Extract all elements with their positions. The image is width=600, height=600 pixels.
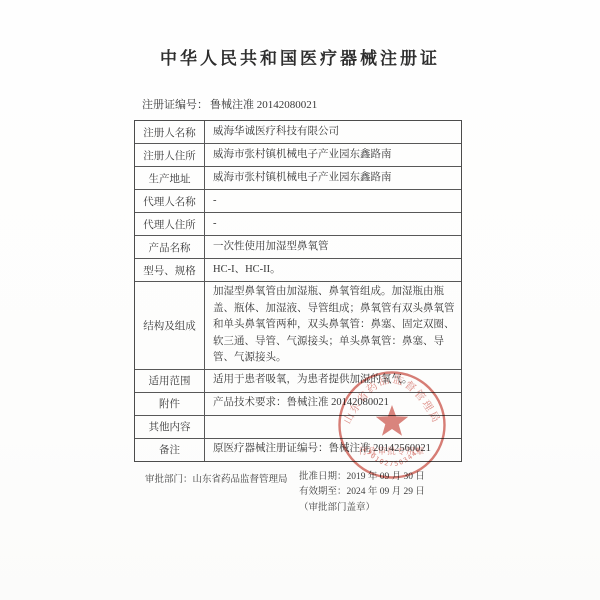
row-value: 威海华诚医疗科技有限公司 — [205, 121, 461, 143]
table-row-agent-address: 代理人住所 - — [135, 212, 461, 235]
row-label: 代理人名称 — [135, 190, 205, 212]
row-label: 产品名称 — [135, 236, 205, 258]
row-value: HC-I、HC-II。 — [205, 259, 461, 281]
table-row-registrant-address: 注册人住所 威海市张村镇机械电子产业园东鑫路南 — [135, 143, 461, 166]
table-row-structure-composition: 结构及组成 加湿型鼻氧管由加湿瓶、鼻氧管组成。加湿瓶由瓶盖、瓶体、加湿液、导管组… — [135, 281, 461, 369]
row-value: 威海市张村镇机械电子产业园东鑫路南 — [205, 144, 461, 166]
registration-number-label: 注册证编号： — [142, 99, 208, 111]
row-label: 适用范围 — [135, 370, 205, 392]
valid-until-date: 有效期至：2024 年 09 月 29 日 — [299, 485, 425, 501]
certificate-document: 中华人民共和国医疗器械注册证 注册证编号：鲁械注准 20142080021 注册… — [0, 0, 600, 600]
approval-date: 批准日期：2019 年 09 月 30 日 — [299, 470, 425, 486]
row-value: 加湿型鼻氧管由加湿瓶、鼻氧管组成。加湿瓶由瓶盖、瓶体、加湿液、导管组成；鼻氧管有… — [205, 282, 461, 369]
registration-number-line: 注册证编号：鲁械注准 20142080021 — [142, 96, 600, 112]
row-label: 生产地址 — [135, 167, 205, 189]
table-row-production-address: 生产地址 威海市张村镇机械电子产业园东鑫路南 — [135, 166, 461, 189]
row-label: 注册人名称 — [135, 121, 205, 143]
certificate-table: 注册人名称 威海华诚医疗科技有限公司 注册人住所 威海市张村镇机械电子产业园东鑫… — [134, 120, 462, 462]
row-value: - — [205, 190, 461, 212]
row-label: 备注 — [135, 439, 205, 461]
approval-department: 审批部门：山东省药品监督管理局 — [145, 471, 288, 485]
row-value: - — [205, 213, 461, 235]
certificate-title: 中华人民共和国医疗器械注册证 — [0, 0, 600, 69]
row-value: 适用于患者吸氧，为患者提供加湿的氧气。 — [205, 370, 461, 392]
row-label: 结构及组成 — [135, 282, 205, 369]
table-row-product-name: 产品名称 一次性使用加湿型鼻氧管 — [135, 235, 461, 258]
row-label: 代理人住所 — [135, 213, 205, 235]
row-label: 其他内容 — [135, 416, 205, 438]
date-block: 批准日期：2019 年 09 月 30 日 有效期至：2024 年 09 月 2… — [299, 470, 425, 517]
table-row-agent-name: 代理人名称 - — [135, 189, 461, 212]
certificate-footer: 审批部门：山东省药品监督管理局 批准日期：2019 年 09 月 30 日 有效… — [0, 462, 600, 582]
row-label: 型号、规格 — [135, 259, 205, 281]
row-value: 威海市张村镇机械电子产业园东鑫路南 — [205, 167, 461, 189]
table-row-registrant-name: 注册人名称 威海华诚医疗科技有限公司 — [135, 121, 461, 143]
seal-note: （审批部门盖章） — [299, 501, 425, 517]
row-value: 产品技术要求：鲁械注准 20142080021 — [205, 393, 461, 415]
row-value — [205, 416, 461, 438]
registration-number-value: 鲁械注准 20142080021 — [210, 99, 317, 111]
table-row-attachment: 附件 产品技术要求：鲁械注准 20142080021 — [135, 392, 461, 415]
row-value: 一次性使用加湿型鼻氧管 — [205, 236, 461, 258]
table-row-other-content: 其他内容 — [135, 415, 461, 438]
table-row-scope-of-application: 适用范围 适用于患者吸氧，为患者提供加湿的氧气。 — [135, 369, 461, 392]
row-value: 原医疗器械注册证编号：鲁械注准 20142560021 — [205, 439, 461, 461]
table-row-model-spec: 型号、规格 HC-I、HC-II。 — [135, 258, 461, 281]
row-label: 注册人住所 — [135, 144, 205, 166]
table-row-remarks: 备注 原医疗器械注册证编号：鲁械注准 20142560021 — [135, 438, 461, 461]
row-label: 附件 — [135, 393, 205, 415]
